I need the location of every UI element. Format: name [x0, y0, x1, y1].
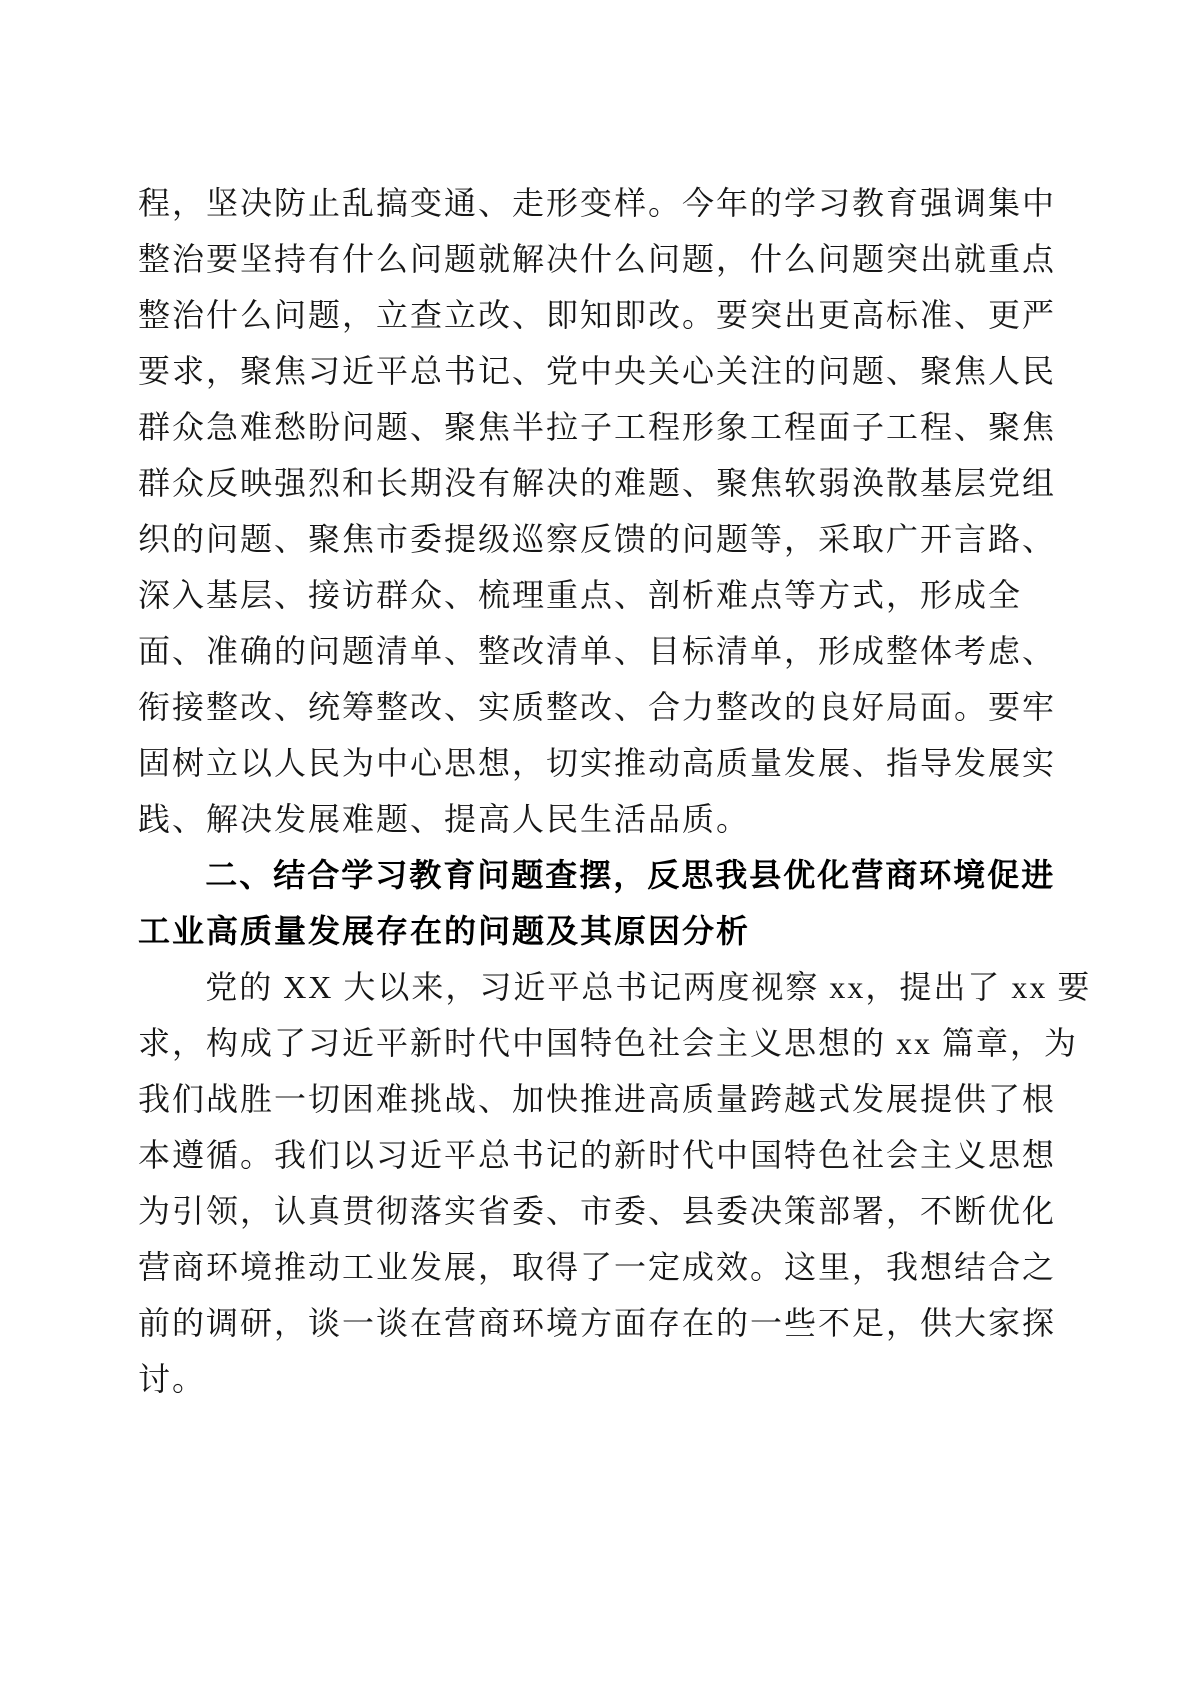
- paragraph-continuation: 程，坚决防止乱搞变通、走形变样。今年的学习教育强调集中 整治要坚持有什么问题就解…: [138, 175, 1068, 847]
- paragraph-body-2: 党的 XX 大以来，习近平总书记两度视察 xx，提出了 xx 要 求，构成了习近…: [138, 959, 1068, 1407]
- document-page: 程，坚决防止乱搞变通、走形变样。今年的学习教育强调集中 整治要坚持有什么问题就解…: [0, 0, 1190, 1683]
- section-heading: 二、结合学习教育问题查摆，反思我县优化营商环境促进 工业高质量发展存在的问题及其…: [138, 847, 1068, 959]
- document-content: 程，坚决防止乱搞变通、走形变样。今年的学习教育强调集中 整治要坚持有什么问题就解…: [138, 175, 1068, 1407]
